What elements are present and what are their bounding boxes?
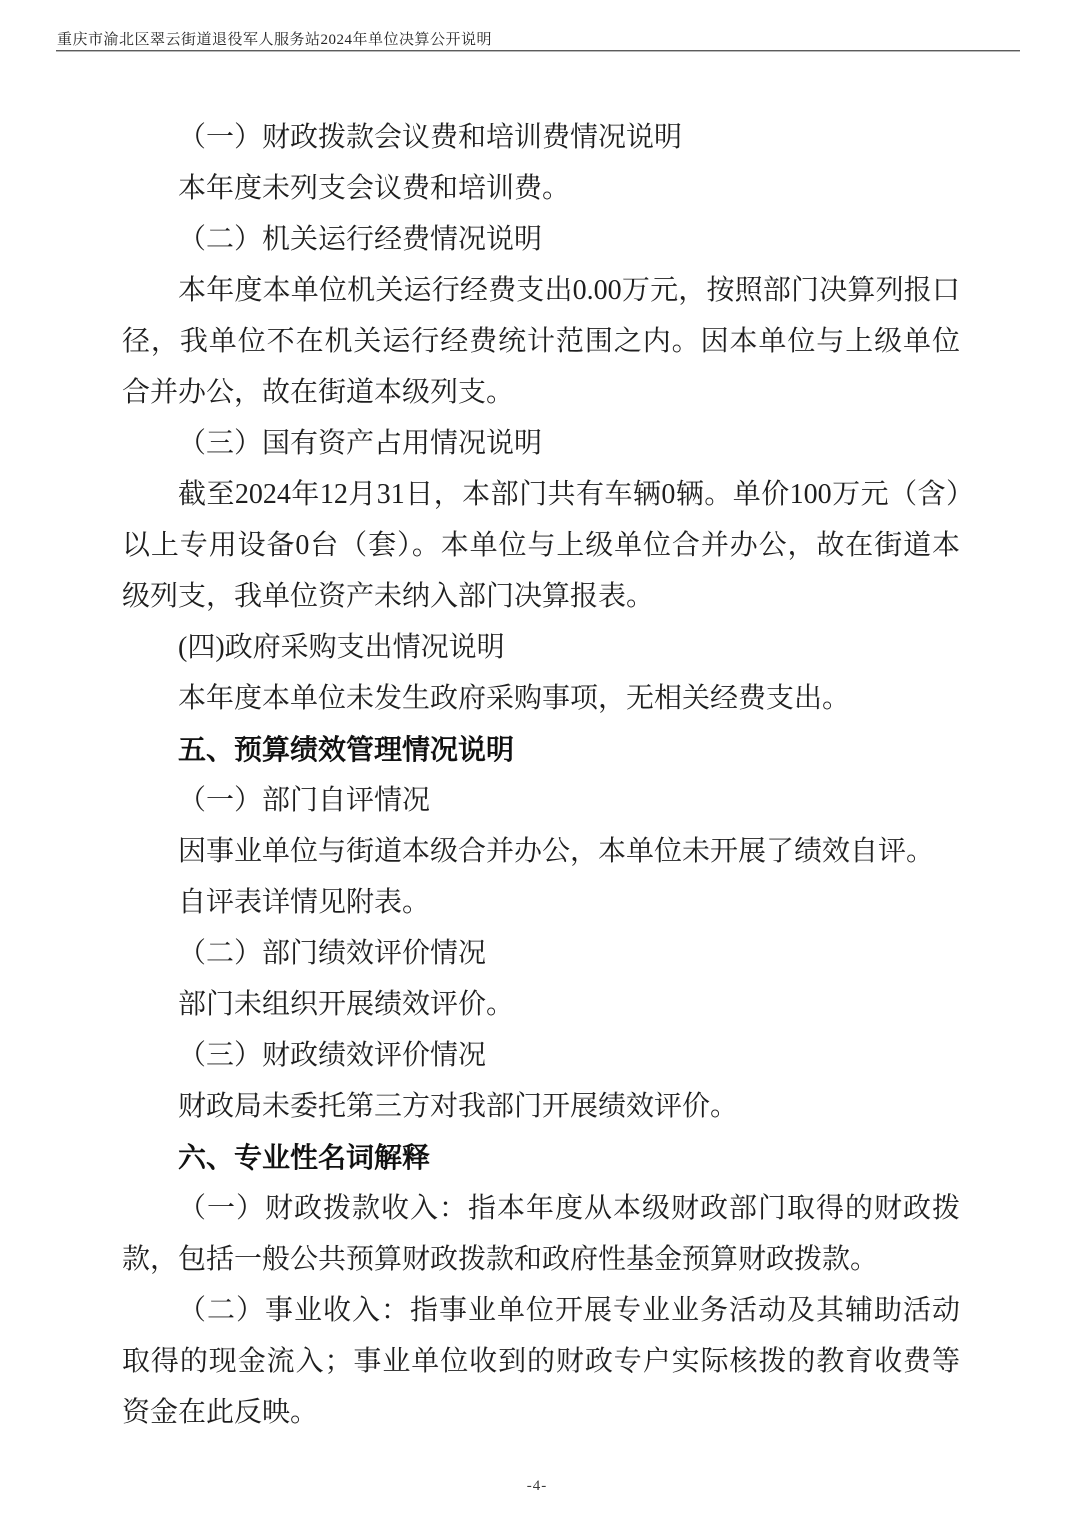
section-heading-finance-evaluation: （三）财政绩效评价情况 [122,1030,960,1081]
document-header-title: 重庆市渝北区翠云街道退役军人服务站2024年单位决算公开说明 [57,30,492,50]
page-number: -4- [527,1478,548,1494]
paragraph-finance-evaluation: 财政局未委托第三方对我部门开展绩效评价。 [122,1081,960,1132]
section-heading-dept-evaluation: （二）部门绩效评价情况 [122,928,960,979]
header-divider [56,50,1020,52]
paragraph-term-fiscal-appropriation: （一）财政拨款收入：指本年度从本级财政部门取得的财政拨款，包括一般公共预算财政拨… [122,1183,960,1285]
paragraph-meeting-training-fees: 本年度未列支会议费和培训费。 [122,163,960,214]
chapter-heading-budget-performance: 五、预算绩效管理情况说明 [122,724,960,775]
document-page: 重庆市渝北区翠云街道退役军人服务站2024年单位决算公开说明 （一）财政拨款会议… [0,0,1074,1520]
chapter-heading-terminology: 六、专业性名词解释 [122,1132,960,1183]
section-heading-gov-procurement: (四)政府采购支出情况说明 [122,622,960,673]
paragraph-dept-evaluation: 部门未组织开展绩效评价。 [122,979,960,1030]
section-heading-self-evaluation: （一）部门自评情况 [122,775,960,826]
document-body: （一）财政拨款会议费和培训费情况说明 本年度未列支会议费和培训费。 （二）机关运… [122,112,960,1438]
paragraph-term-business-income: （二）事业收入：指事业单位开展专业业务活动及其辅助活动取得的现金流入；事业单位收… [122,1285,960,1438]
section-heading-operating-expenses: （二）机关运行经费情况说明 [122,214,960,265]
paragraph-gov-procurement: 本年度本单位未发生政府采购事项，无相关经费支出。 [122,673,960,724]
paragraph-self-evaluation-table: 自评表详情见附表。 [122,877,960,928]
section-heading-state-assets: （三）国有资产占用情况说明 [122,418,960,469]
paragraph-operating-expenses: 本年度本单位机关运行经费支出0.00万元，按照部门决算列报口径，我单位不在机关运… [122,265,960,418]
paragraph-state-assets: 截至2024年12月31日，本部门共有车辆0辆。单价100万元（含）以上专用设备… [122,469,960,622]
page-footer: -4- [0,1478,1074,1495]
paragraph-self-evaluation: 因事业单位与街道本级合并办公，本单位未开展了绩效自评。 [122,826,960,877]
section-heading-meeting-training-fees: （一）财政拨款会议费和培训费情况说明 [122,112,960,163]
